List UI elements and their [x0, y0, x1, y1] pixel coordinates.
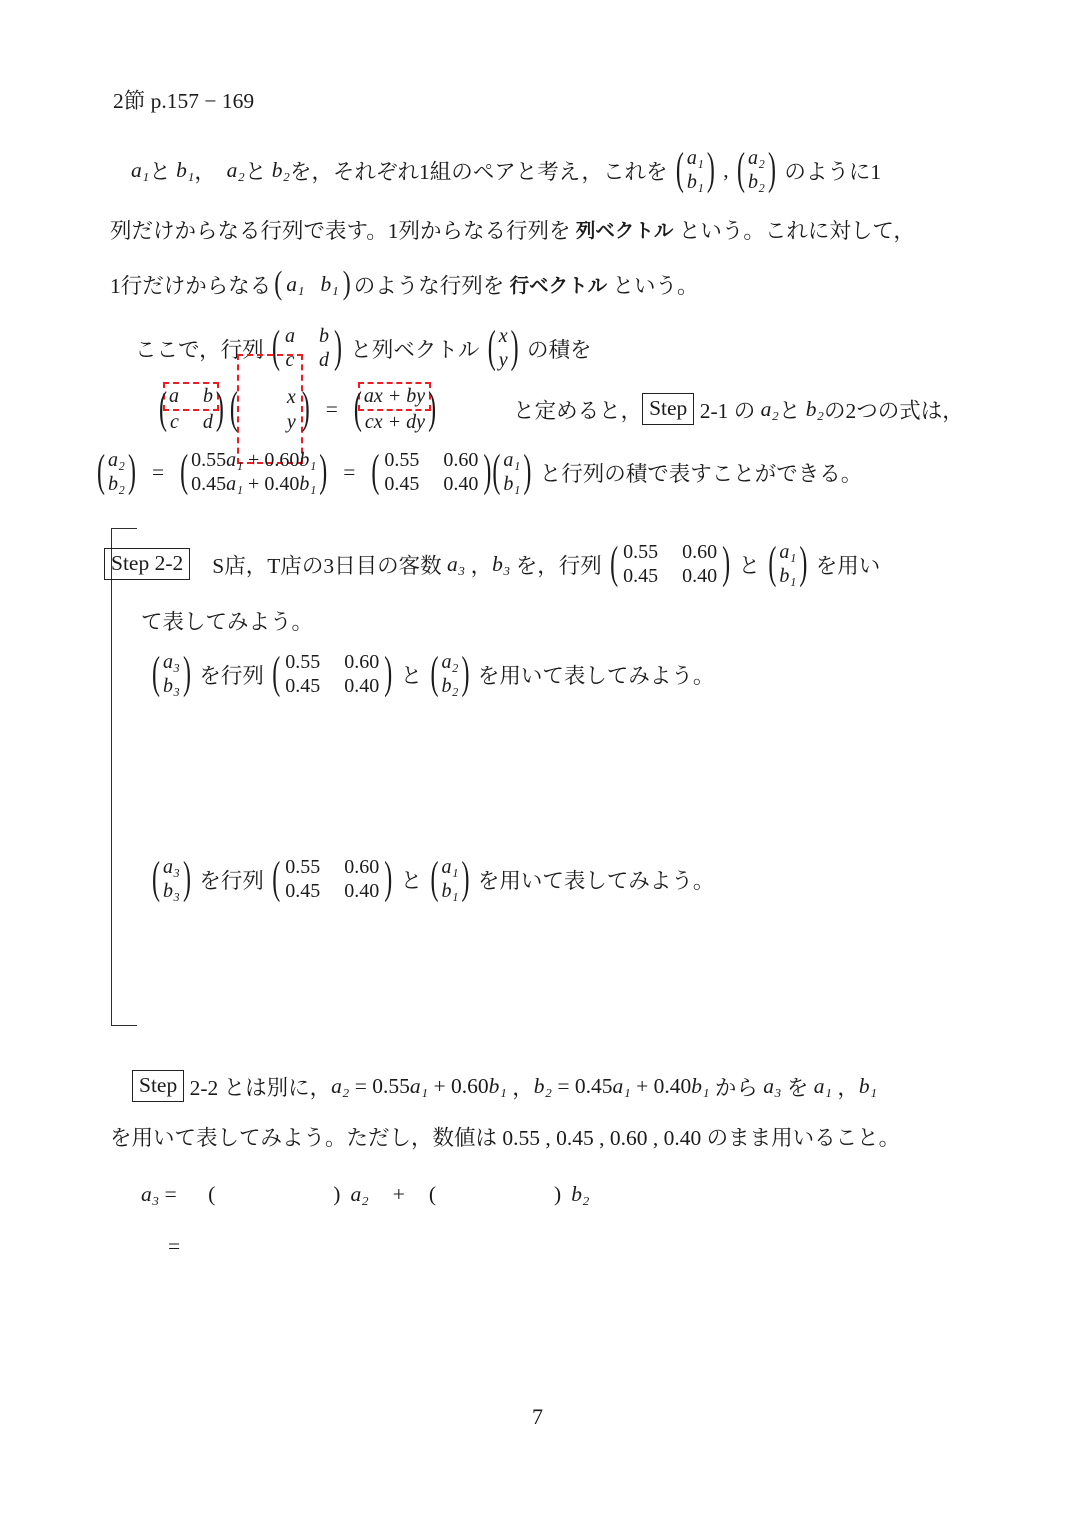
vector-entry: b₂ [108, 472, 125, 496]
matrix-cell: 0.45 [285, 674, 320, 698]
vector-entry: a₁ [286, 272, 304, 297]
math-var: a₃ [141, 1182, 159, 1207]
vector-entry: b₂ [441, 674, 458, 698]
matrix-cell: 0.40 [682, 564, 717, 588]
paren-right-icon: ) [343, 268, 351, 300]
math-var: a₂ [331, 1074, 349, 1099]
text-run: を [782, 1071, 814, 1102]
paren-left-icon: ( [208, 1182, 215, 1207]
vector-entry: a₁ [441, 855, 458, 879]
plus-sign: + [393, 1182, 405, 1207]
paren-left-icon: ( [152, 651, 160, 697]
matrix-transition: ( 0.55 0.60 0.45 0.40 ) [272, 650, 392, 699]
paren-right-icon: ) [128, 449, 136, 495]
paren-right-icon: ) [523, 449, 531, 495]
math-var: b₂ [534, 1074, 552, 1099]
paragraph1-line1: a₁ と b₁ ， a₂ と b₂ を，それぞれ1組のペアと考え，これを ( a… [131, 140, 881, 200]
text-run: を用いて表してみよう。 [472, 864, 714, 895]
step-2-2-heading-line2: て表してみよう。 [141, 604, 313, 636]
matrix-product-intro-line: ここで，行列 ( a b c d ) と列ベクトル ( x y ) の積を [135, 320, 592, 376]
paren-left-icon: ( [272, 651, 280, 697]
math-var: b₂ [806, 397, 824, 422]
text-run: と [779, 394, 806, 425]
paren-left-icon: ( [97, 449, 105, 495]
paren-right-icon: ) [707, 147, 715, 193]
vector-entry: cx + dy [365, 410, 425, 434]
vector-entry: x [499, 324, 508, 348]
column-vector-a3b3: ( a₃ b₃ ) [152, 650, 191, 699]
text-run: と [395, 864, 427, 895]
math-var: b₁ [691, 1074, 709, 1099]
math-var: a₁ [814, 1074, 832, 1099]
math-var: b₁ [176, 158, 194, 183]
math-var: b₃ [492, 552, 510, 577]
text-run: のように1 [779, 155, 881, 186]
math-var: b₂ [571, 1182, 589, 1207]
text-run: を用い [810, 549, 880, 580]
paren-right-icon: ) [554, 1182, 561, 1207]
paren-left-icon: ( [159, 386, 167, 432]
paren-left-icon: ( [274, 268, 282, 300]
matrix-cell: 0.45 [384, 472, 419, 496]
vector-entry: b₁ [779, 564, 796, 588]
paren-right-icon: ) [384, 856, 392, 902]
text-run: ， [507, 1071, 534, 1102]
matrix-cell: 0.55 [623, 540, 658, 564]
column-vector-xy: ( x y ) [488, 324, 519, 373]
answer-blank [436, 1194, 554, 1195]
math-var: b₂ [272, 158, 290, 183]
step-label: Step 2-2 [111, 550, 183, 577]
text-run: ， [194, 155, 226, 186]
paren-left-icon: ( [768, 541, 776, 587]
bottom-paragraph-line2: を用いて表してみよう。ただし，数値は 0.55 , 0.45 , 0.60 , … [110, 1120, 900, 1152]
column-vector-a2b2: ( a₂ b₂ ) [430, 650, 469, 699]
math-var: b₁ [859, 1074, 877, 1099]
matrix-cell: 0.55 [285, 650, 320, 674]
matrix-cell: a [169, 384, 179, 408]
paren-left-icon: ( [737, 147, 745, 193]
text-run: と列ベクトル [345, 333, 485, 364]
paren-right-icon: ) [183, 856, 191, 902]
paren-right-icon: ) [183, 651, 191, 697]
math-var: a₁ [613, 1074, 631, 1099]
row-highlight-box: ax + by [358, 382, 431, 410]
bottom-paragraph-line1: Step 2-2 とは別に， a₂ = 0.55 a₁ + 0.60 b₁ ， … [132, 1062, 877, 1110]
column-vector-a1b1: ( a₁ b₁ ) [492, 448, 531, 497]
matrix-cell: c [170, 410, 179, 434]
continuation-equals-line: = [168, 1230, 180, 1262]
vector-entry: y [499, 348, 508, 372]
paren-left-icon: ( [354, 386, 362, 432]
vector-entry: a₁ [687, 146, 704, 170]
matrix-transition: ( 0.55 0.60 0.45 0.40 ) [272, 855, 392, 904]
text-run: を用いて表してみよう。 [472, 659, 714, 690]
paren-left-icon: ( [430, 856, 438, 902]
matrix-cell: 0.60 [344, 650, 379, 674]
text-run: と [149, 155, 176, 186]
math-var: b₁ [489, 1074, 507, 1099]
step-2-2-heading: Step 2-2 S店，T店の3日目の客数 a₃ ， b₃ を，行列 ( 0.5… [104, 533, 880, 595]
vector-entry: a₁ [503, 448, 520, 472]
column-vector-a1b1: ( a₁ b₁ ) [430, 855, 469, 904]
coef: = 0.55 [349, 1074, 410, 1099]
equals-sign: = [168, 1234, 180, 1259]
paren-left-icon: ( [676, 147, 684, 193]
vector-entry: b₃ [163, 674, 180, 698]
coef: + 0.60 [428, 1074, 489, 1099]
matrix-cell: 0.55 [285, 855, 320, 879]
vector-entry: a₂ [108, 448, 125, 472]
equals-sign: = [326, 397, 338, 422]
answer-line: a₃ = ( ) a₂ + ( ) b₂ [141, 1172, 589, 1216]
math-var: a₃ [447, 552, 465, 577]
vector-entry: a₃ [163, 855, 180, 879]
text-run: という。これに対して， [673, 214, 914, 245]
text-run: と行列の積で表すことができる。 [534, 457, 862, 488]
paren-right-icon: ) [768, 147, 776, 193]
text-run: の積を [522, 333, 592, 364]
column-vector-a1b1: ( a₁ b₁ ) [676, 146, 715, 195]
math-var: a₁ [410, 1074, 428, 1099]
step-label: Step [139, 1072, 177, 1099]
equals-sign: = [159, 1182, 182, 1207]
vector-entry: b₂ [748, 170, 765, 194]
step-2-1-label-box: Step [642, 393, 694, 426]
text-run: と [733, 549, 765, 580]
row-highlight-box: a b [163, 382, 219, 410]
paren-left-icon: ( [230, 386, 238, 432]
column-vector-a3b3: ( a₃ b₃ ) [152, 855, 191, 904]
paren-right-icon: ) [384, 651, 392, 697]
matrix-cell: a [285, 324, 295, 348]
math-var: a₁ [131, 158, 149, 183]
matrix-cell: 0.40 [443, 472, 478, 496]
matrix-cell: 0.45 [623, 564, 658, 588]
coef: + 0.60 [243, 448, 299, 472]
paren-left-icon: ( [488, 325, 496, 371]
term-row-vector: 行ベクトル [510, 270, 608, 298]
text-run: を，それぞれ1組のペアと考え，これを [290, 155, 673, 186]
math-var: a₃ [763, 1074, 781, 1099]
text-run: 2-2 とは別に， [184, 1071, 331, 1102]
matrix-cell: 0.40 [344, 674, 379, 698]
sub-problem-2: ( a₃ b₃ ) を行列 ( 0.55 0.60 0.45 0.40 ) と … [149, 848, 714, 910]
matrix-transition: ( 0.55 0.60 0.45 0.40 ) [610, 540, 730, 589]
paren-right-icon: ) [461, 856, 469, 902]
text-run: と [245, 155, 272, 186]
page-number-text: 7 [532, 1404, 543, 1429]
text-run: 2-1 の [694, 394, 760, 425]
paren-right-icon: ) [461, 651, 469, 697]
vector-entry: x [287, 385, 296, 409]
paren-right-icon: ) [722, 541, 730, 587]
text-run: を行列 [194, 864, 269, 895]
paren-right-icon: ) [483, 449, 491, 495]
section-header-text: 2節 p.157 − 169 [113, 84, 254, 115]
section-header: 2節 p.157 − 169 [113, 84, 254, 115]
text-run: 1行だけからなる [110, 269, 271, 300]
equals-sign: = [343, 460, 355, 485]
text-run: ， [465, 549, 492, 580]
matrix-cell: d [203, 410, 213, 434]
math-var: a₁ [226, 472, 243, 496]
text-run: という。 [607, 269, 698, 300]
matrix-abcd-highlighted: ( a b c d ) [159, 384, 224, 434]
paren-right-icon: ) [334, 325, 342, 371]
paren-left-icon: ( [152, 856, 160, 902]
text-run: て表してみよう。 [141, 605, 313, 636]
paren-left-icon: ( [429, 1182, 436, 1207]
equals-sign: = [152, 460, 164, 485]
math-var: b₁ [299, 472, 316, 496]
vector-entry: a₃ [163, 650, 180, 674]
matrix-cell: d [319, 348, 329, 372]
worksheet-page: 2節 p.157 − 169 a₁ と b₁ ， a₂ と b₂ を，それぞれ1… [0, 0, 1075, 1518]
math-var: a₁ [226, 448, 243, 472]
paren-right-icon: ) [333, 1182, 340, 1207]
text-run: を，行列 [510, 549, 607, 580]
paren-right-icon: ) [302, 386, 310, 432]
sub-problem-1: ( a₃ b₃ ) を行列 ( 0.55 0.60 0.45 0.40 ) と … [149, 643, 714, 705]
step-2-2-label-box: Step 2-2 [104, 548, 190, 581]
text-run: を行列 [194, 659, 269, 690]
matrix-cell: 0.60 [682, 540, 717, 564]
matrix-cell: 0.55 [384, 448, 419, 472]
text-run: ， [832, 1071, 859, 1102]
text-run: 列だけからなる行列で表す。1列からなる行列を [110, 214, 576, 245]
row-vector-a1b1: ( a₁ b₁ ) [274, 272, 350, 297]
paren-right-icon: ) [428, 386, 436, 432]
paragraph1-line3: 1行だけからなる ( a₁ b₁ ) のような行列を 行ベクトル という。 [110, 260, 699, 308]
paren-left-icon: ( [371, 449, 379, 495]
coef: + 0.40 [631, 1074, 692, 1099]
text-run: , [718, 158, 734, 183]
math-var: a₂ [350, 1182, 368, 1207]
vector-entry: b₃ [163, 879, 180, 903]
text-run: と [395, 659, 427, 690]
text-run: のような行列を [354, 269, 510, 300]
paren-left-icon: ( [272, 856, 280, 902]
vector-entry: b₁ [321, 272, 339, 297]
coef: + 0.40 [243, 472, 299, 496]
result-vector-highlighted: ( ax + by cx + dy ) [354, 384, 436, 434]
answer-blank [215, 1194, 333, 1195]
paren-right-icon: ) [511, 325, 519, 371]
text-run: と定めると， [513, 394, 642, 425]
product-definition-equation: ( a b c d ) ( x y ) = [156, 378, 964, 440]
step-label-box: Step [132, 1070, 184, 1103]
step-label: Step [649, 395, 687, 422]
coef: = 0.45 [552, 1074, 613, 1099]
matrix-cell: 0.45 [285, 879, 320, 903]
step-block-bracket [111, 528, 141, 1026]
coef: 0.45 [191, 472, 226, 496]
expanded-vector: ( 0.55 a₁ + 0.60 b₁ 0.45 a₁ + 0.40 b₁ ) [180, 448, 327, 497]
math-var: a₂ [227, 158, 245, 183]
vector-entry: a₂ [748, 146, 765, 170]
paren-left-icon: ( [610, 541, 618, 587]
paren-left-icon: ( [180, 449, 188, 495]
vector-entry: a₁ [779, 540, 796, 564]
text-run: から [710, 1071, 764, 1102]
matrix-cell: 0.40 [344, 879, 379, 903]
matrix-cell: 0.60 [344, 855, 379, 879]
text-run: を用いて表してみよう。ただし，数値は 0.55 , 0.45 , 0.60 , … [110, 1121, 900, 1152]
vector-entry: b₁ [441, 879, 458, 903]
term-column-vector: 列ベクトル [576, 215, 674, 243]
paragraph1-line2: 列だけからなる行列で表す。1列からなる行列を 列ベクトル という。これに対して， [110, 213, 915, 245]
vector-entry: b₁ [687, 170, 704, 194]
vector-entry: b₁ [503, 472, 520, 496]
paren-right-icon: ) [319, 449, 327, 495]
math-var: a₂ [761, 397, 779, 422]
coef: 0.55 [191, 448, 226, 472]
column-vector-a2b2: ( a₂ b₂ ) [737, 146, 776, 195]
matrix-cell: b [203, 384, 213, 408]
text-run: の2つの式は， [824, 394, 964, 425]
paren-left-icon: ( [430, 651, 438, 697]
paren-left-icon: ( [492, 449, 500, 495]
matrix-cell: 0.60 [443, 448, 478, 472]
vector-entry: a₂ [441, 650, 458, 674]
column-vector-a2b2: ( a₂ b₂ ) [97, 448, 136, 497]
paren-right-icon: ) [216, 386, 224, 432]
main-matrix-equation: ( a₂ b₂ ) = ( 0.55 a₁ + 0.60 b₁ 0.45 a₁ [94, 440, 862, 504]
vector-entry: y [287, 410, 296, 434]
paren-right-icon: ) [799, 541, 807, 587]
math-var: b₁ [299, 448, 316, 472]
column-vector-a1b1: ( a₁ b₁ ) [768, 540, 807, 589]
page-number: 7 [0, 1404, 1075, 1430]
text-run: S店，T店の3日目の客数 [212, 549, 447, 580]
matrix-transition: ( 0.55 0.60 0.45 0.40 ) [371, 448, 491, 497]
matrix-cell: b [319, 324, 329, 348]
